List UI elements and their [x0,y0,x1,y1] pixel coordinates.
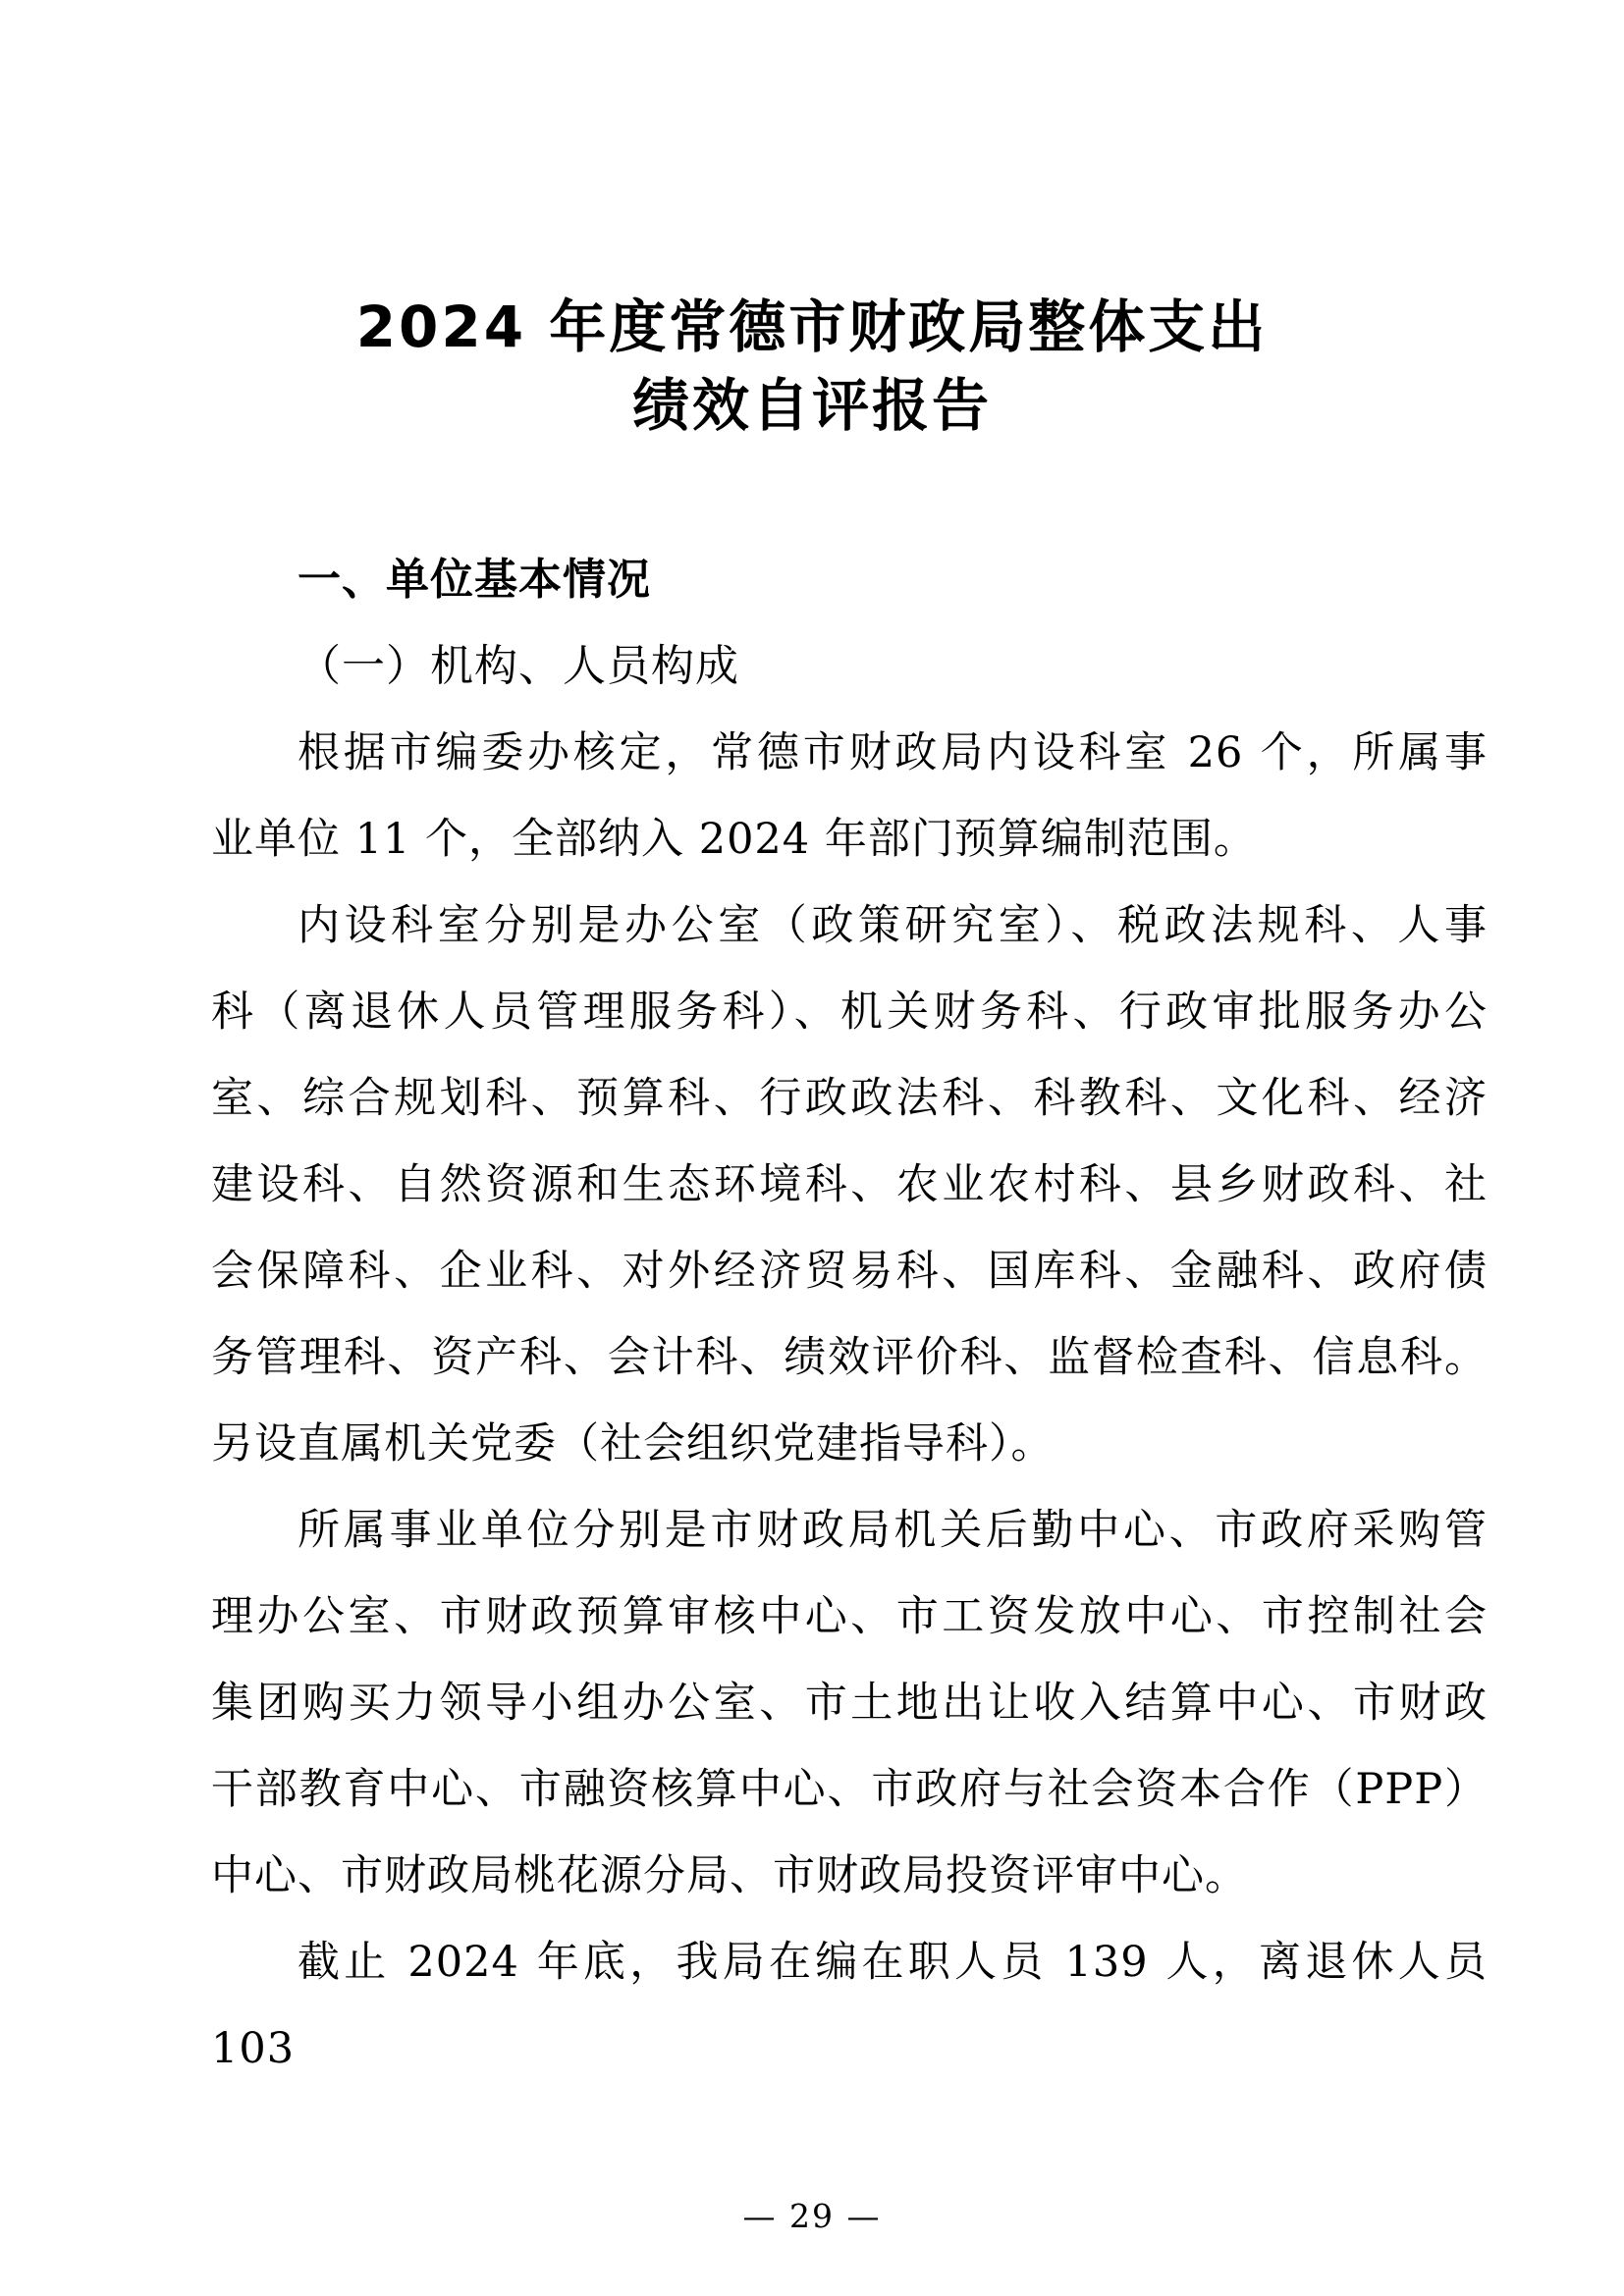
body-text-line: 中心、市财政局桃花源分局、市财政局投资评审中心。 [211,1833,1488,1919]
body-text-line: 业单位 11 个，全部纳入 2024 年部门预算编制范围。 [211,796,1488,882]
body-text-line: 会保障科、企业科、对外经济贸易科、国库科、金融科、政府债 [211,1228,1488,1314]
body-text-line: 干部教育中心、市融资核算中心、市政府与社会资本合作（PPP） [211,1746,1488,1833]
body-text-line: 所属事业单位分别是市财政局机关后勤中心、市政府采购管 [211,1487,1488,1574]
body-text-line: 科（离退休人员管理服务科）、机关财务科、行政审批服务办公 [211,969,1488,1055]
page-number: — 29 — [0,2197,1624,2235]
document-body: 一、单位基本情况 （一）机构、人员构成 根据市编委办核定，常德市财政局内设科室 … [211,537,1488,2092]
body-text-line: 内设科室分别是办公室（政策研究室）、税政法规科、人事 [211,882,1488,969]
paragraph-lines: 根据市编委办核定，常德市财政局内设科室 26 个，所属事业单位 11 个，全部纳… [211,710,1488,2092]
body-text-line: 务管理科、资产科、会计科、绩效评价科、监督检查科、信息科。 [211,1314,1488,1401]
body-text-line: 室、综合规划科、预算科、行政政法科、科教科、文化科、经济 [211,1055,1488,1142]
document-title-line-1: 2024 年度常德市财政局整体支出 [0,288,1624,366]
body-text-line: 截止 2024 年底，我局在编在职人员 139 人，离退休人员 103 [211,1919,1488,2092]
body-text-line: 集团购买力领导小组办公室、市土地出让收入结算中心、市财政 [211,1660,1488,1746]
body-text-line: 根据市编委办核定，常德市财政局内设科室 26 个，所属事 [211,710,1488,796]
subsection-heading: （一）机构、人员构成 [211,623,1488,710]
section-heading: 一、单位基本情况 [211,537,1488,623]
document-title-line-2: 绩效自评报告 [0,366,1624,445]
body-text-line: 理办公室、市财政预算审核中心、市工资发放中心、市控制社会 [211,1574,1488,1660]
document-title: 2024 年度常德市财政局整体支出 绩效自评报告 [0,288,1624,445]
document-page: 2024 年度常德市财政局整体支出 绩效自评报告 一、单位基本情况 （一）机构、… [0,0,1624,2296]
body-text-line: 另设直属机关党委（社会组织党建指导科）。 [211,1401,1488,1487]
body-text-line: 建设科、自然资源和生态环境科、农业农村科、县乡财政科、社 [211,1142,1488,1228]
